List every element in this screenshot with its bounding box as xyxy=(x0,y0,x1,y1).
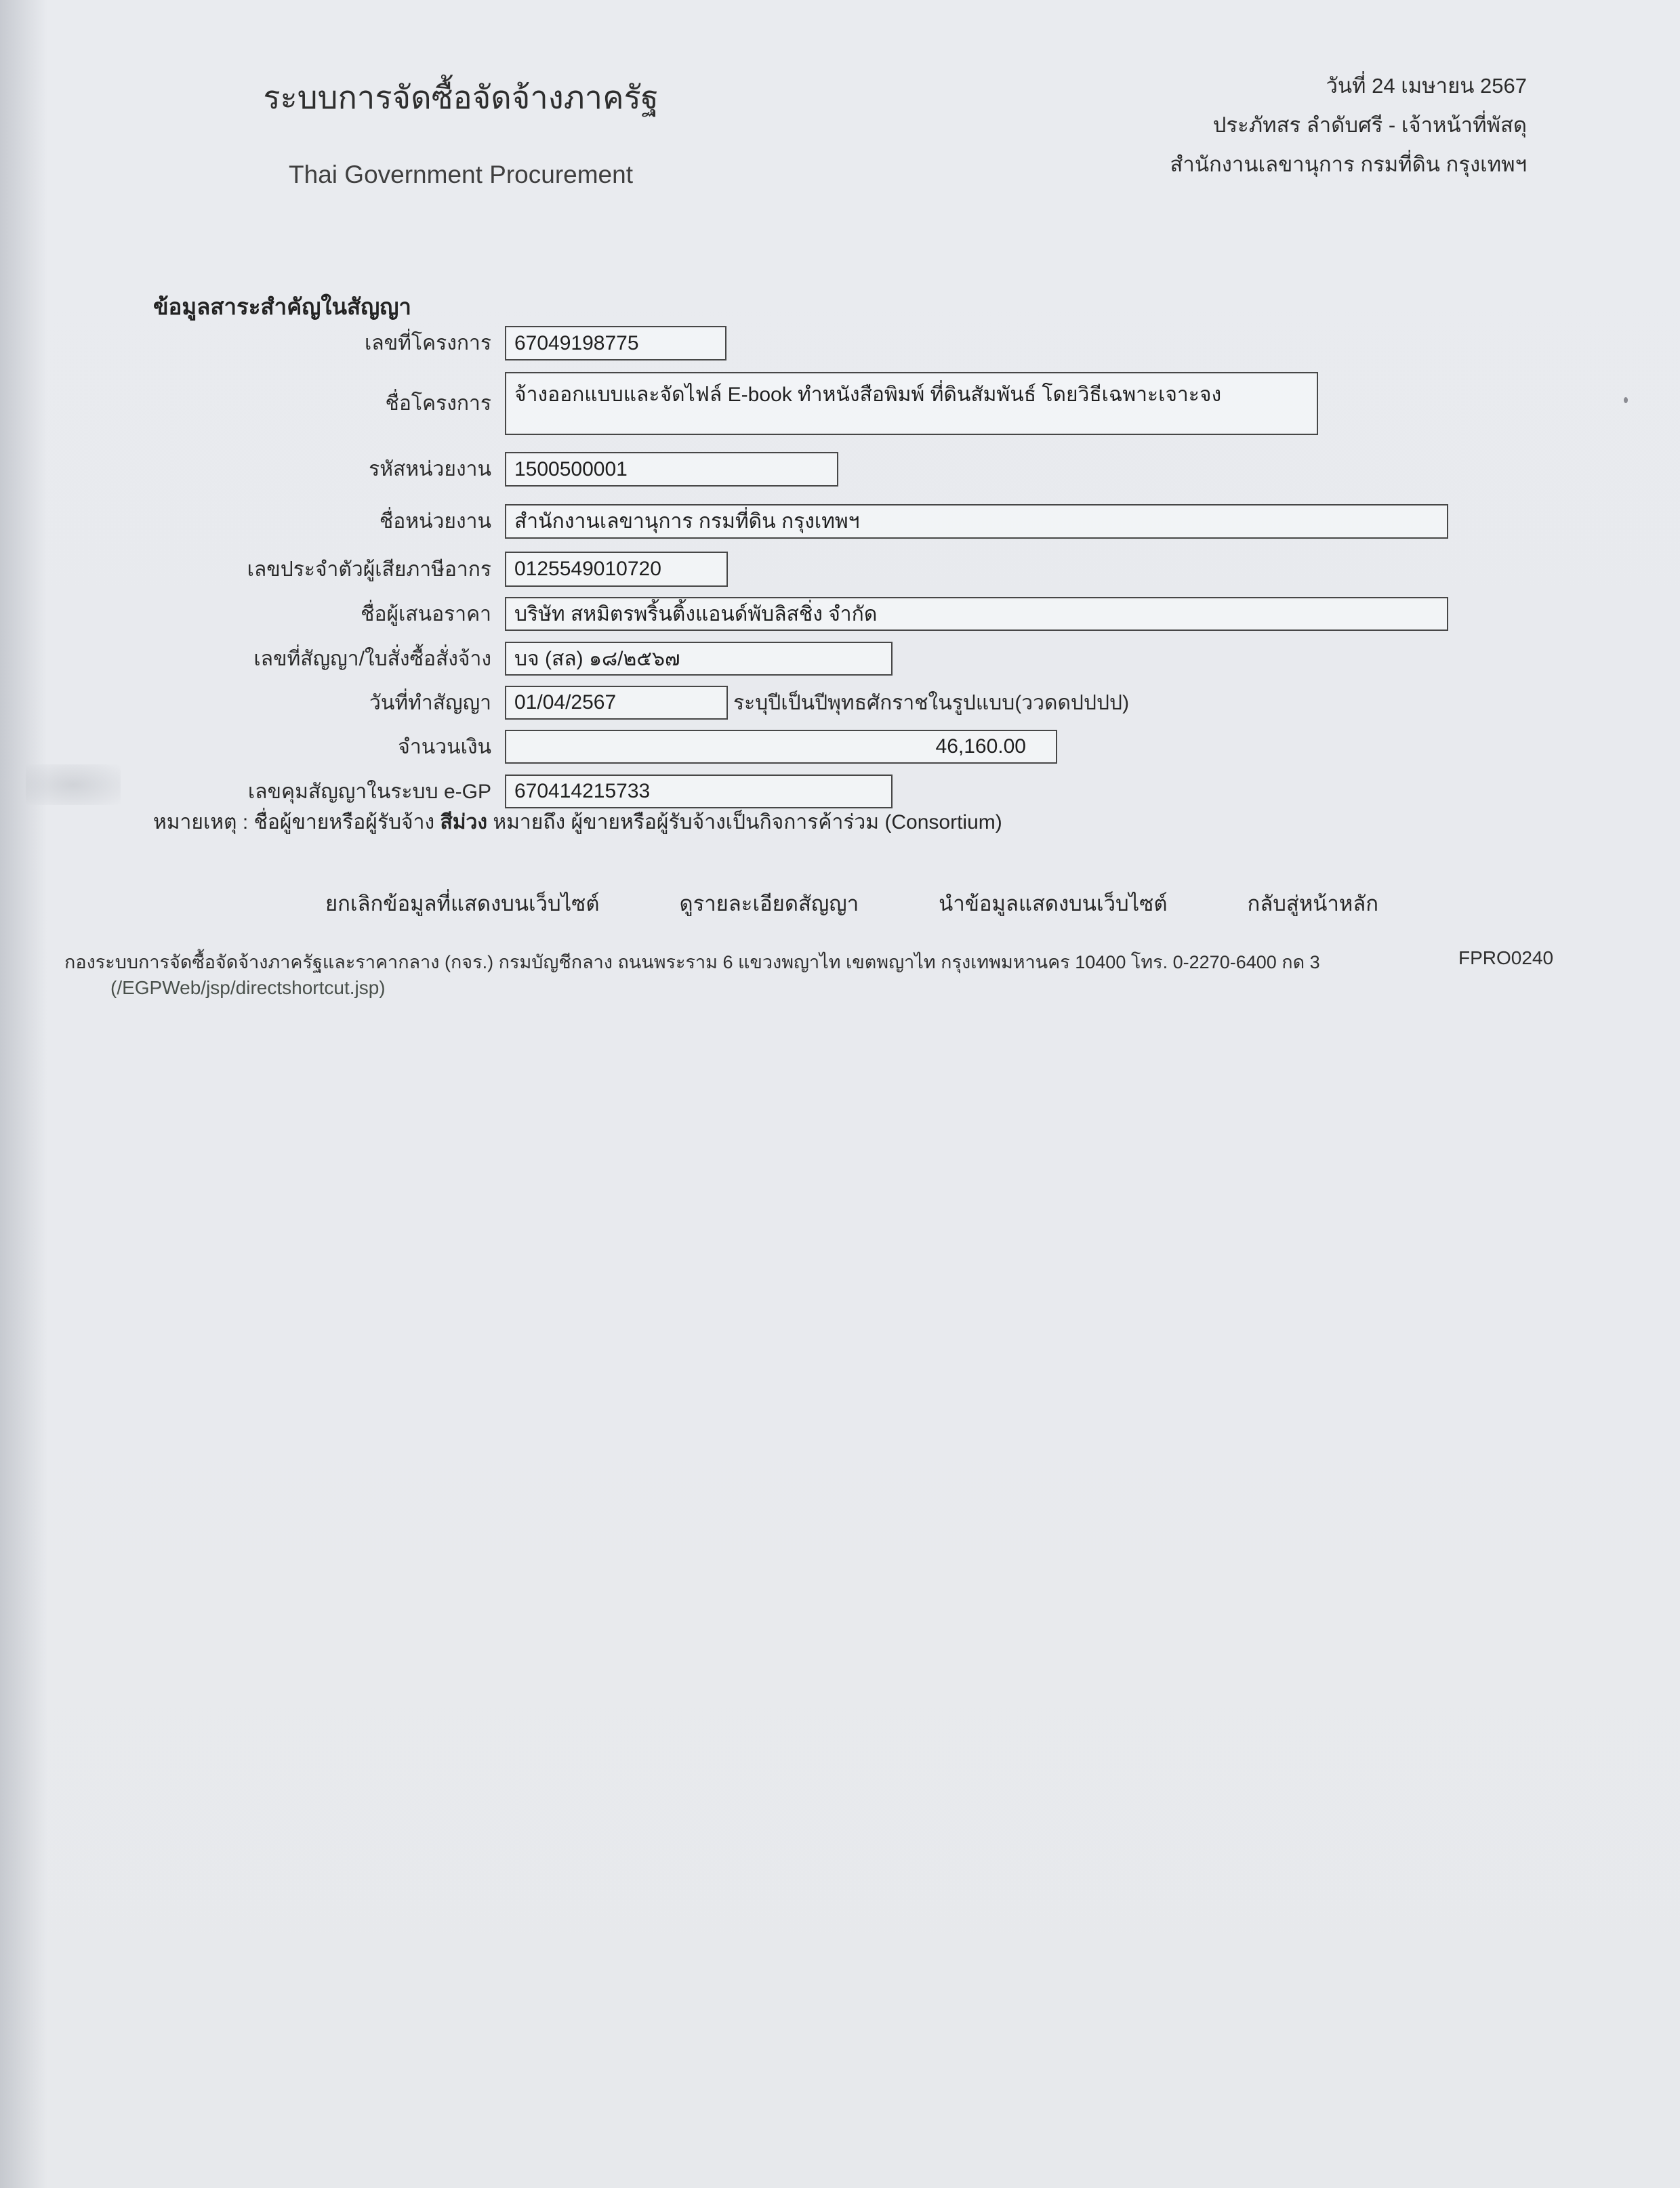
agency-name-input[interactable]: สำนักงานเลขานุการ กรมที่ดิน กรุงเทพฯ xyxy=(505,504,1448,539)
footer-form-code: FPRO0240 xyxy=(1458,947,1553,969)
field-value: บจ (สล) ๑๘/๒๕๖๗ xyxy=(514,643,680,675)
field-label: รหัสหน่วยงาน xyxy=(0,453,505,485)
remark-suffix: หมายถึง ผู้ขายหรือผู้รับจ้างเป็นกิจการค้… xyxy=(487,811,1002,833)
field-value: 670414215733 xyxy=(514,780,650,803)
remark-prefix: หมายเหตุ : ชื่อผู้ขายหรือผู้รับจ้าง xyxy=(153,811,440,833)
field-label: เลขที่สัญญา/ใบสั่งซื้อสั่งจ้าง xyxy=(0,643,505,675)
scanned-procurement-page: ระบบการจัดซื้อจัดจ้างภาครัฐ Thai Governm… xyxy=(0,0,1680,2188)
remark-highlight: สีม่วง xyxy=(440,811,487,833)
field-label: เลขที่โครงการ xyxy=(0,327,505,359)
cancel-website-data-button[interactable]: ยกเลิกข้อมูลที่แสดงบนเว็บไซต์ xyxy=(325,886,599,920)
field-value: 01/04/2567 xyxy=(514,691,616,714)
publish-website-data-button[interactable]: นำข้อมูลแสดงบนเว็บไซต์ xyxy=(939,886,1167,920)
field-label: ชื่อหน่วยงาน xyxy=(0,505,505,537)
back-to-home-button[interactable]: กลับสู่หน้าหลัก xyxy=(1247,886,1378,920)
action-bar: ยกเลิกข้อมูลที่แสดงบนเว็บไซต์ ดูรายละเอี… xyxy=(325,886,1378,920)
user-organization: สำนักงานเลขานุการ กรมที่ดิน กรุงเทพฯ xyxy=(1170,145,1527,184)
field-label: วันที่ทำสัญญา xyxy=(0,687,505,719)
current-date: วันที่ 24 เมษายน 2567 xyxy=(1170,66,1527,106)
field-label: เลขประจำตัวผู้เสียภาษีอากร xyxy=(0,554,505,585)
project-number-input[interactable]: 67049198775 xyxy=(505,326,726,360)
field-value: สำนักงานเลขานุการ กรมที่ดิน กรุงเทพฯ xyxy=(514,505,860,537)
egp-control-number-input[interactable]: 670414215733 xyxy=(505,775,893,808)
logged-in-user: ประภัทสร ลำดับศรี - เจ้าหน้าที่พัสดุ xyxy=(1170,106,1527,145)
field-row-agency-name: ชื่อหน่วยงาน สำนักงานเลขานุการ กรมที่ดิน… xyxy=(0,504,1448,539)
view-contract-detail-button[interactable]: ดูรายละเอียดสัญญา xyxy=(679,886,859,920)
field-label: ชื่อโครงการ xyxy=(0,388,505,419)
contract-number-input[interactable]: บจ (สล) ๑๘/๒๕๖๗ xyxy=(505,642,893,676)
field-row-project-number: เลขที่โครงการ 67049198775 xyxy=(0,326,726,360)
field-value: 67049198775 xyxy=(514,332,639,355)
bidder-name-input[interactable]: บริษัท สหมิตรพริ้นติ้งแอนด์พับลิสชิ่ง จำ… xyxy=(505,597,1448,631)
footer-path: (/EGPWeb/jsp/directshortcut.jsp) xyxy=(110,977,386,999)
field-row-egp-control-number: เลขคุมสัญญาในระบบ e-GP 670414215733 xyxy=(0,775,893,808)
field-row-taxpayer-id: เลขประจำตัวผู้เสียภาษีอากร 0125549010720 xyxy=(0,552,728,587)
date-format-hint: ระบุปีเป็นปีพุทธศักราชในรูปแบบ(ววดดปปปป) xyxy=(733,687,1129,719)
footer-address: กองระบบการจัดซื้อจัดจ้างภาครัฐและราคากลา… xyxy=(64,947,1406,976)
consortium-remark: หมายเหตุ : ชื่อผู้ขายหรือผู้รับจ้าง สีม่… xyxy=(153,806,1002,838)
field-row-bidder-name: ชื่อผู้เสนอราคา บริษัท สหมิตรพริ้นติ้งแอ… xyxy=(0,597,1448,631)
field-value: 1500500001 xyxy=(514,458,628,481)
amount-input[interactable]: 46,160.00 xyxy=(505,730,1057,764)
field-row-project-name: ชื่อโครงการ จ้างออกแบบและจัดไฟล์ E-book … xyxy=(0,372,1318,435)
app-title-thai: ระบบการจัดซื้อจัดจ้างภาครัฐ xyxy=(224,72,698,123)
section-title: ข้อมูลสาระสำคัญในสัญญา xyxy=(153,289,411,325)
agency-code-input[interactable]: 1500500001 xyxy=(505,452,838,487)
scan-speck xyxy=(1624,397,1628,403)
contract-date-input[interactable]: 01/04/2567 xyxy=(505,686,728,720)
field-label: เลขคุมสัญญาในระบบ e-GP xyxy=(0,776,505,808)
field-value: บริษัท สหมิตรพริ้นติ้งแอนด์พับลิสชิ่ง จำ… xyxy=(514,598,877,630)
field-value: จ้างออกแบบและจัดไฟล์ E-book ทำหนังสือพิม… xyxy=(514,379,1221,411)
field-value: 46,160.00 xyxy=(936,735,1026,758)
field-row-contract-number: เลขที่สัญญา/ใบสั่งซื้อสั่งจ้าง บจ (สล) ๑… xyxy=(0,642,893,676)
field-value: 0125549010720 xyxy=(514,558,661,581)
field-label: ชื่อผู้เสนอราคา xyxy=(0,598,505,630)
field-row-amount: จำนวนเงิน 46,160.00 xyxy=(0,730,1057,764)
app-title-english: Thai Government Procurement xyxy=(224,161,698,189)
field-row-contract-date: วันที่ทำสัญญา 01/04/2567 ระบุปีเป็นปีพุท… xyxy=(0,686,1129,720)
project-name-input[interactable]: จ้างออกแบบและจัดไฟล์ E-book ทำหนังสือพิม… xyxy=(505,372,1318,435)
field-row-agency-code: รหัสหน่วยงาน 1500500001 xyxy=(0,452,838,487)
header-info: วันที่ 24 เมษายน 2567 ประภัทสร ลำดับศรี … xyxy=(1170,66,1527,184)
taxpayer-id-input[interactable]: 0125549010720 xyxy=(505,552,728,587)
field-label: จำนวนเงิน xyxy=(0,731,505,763)
